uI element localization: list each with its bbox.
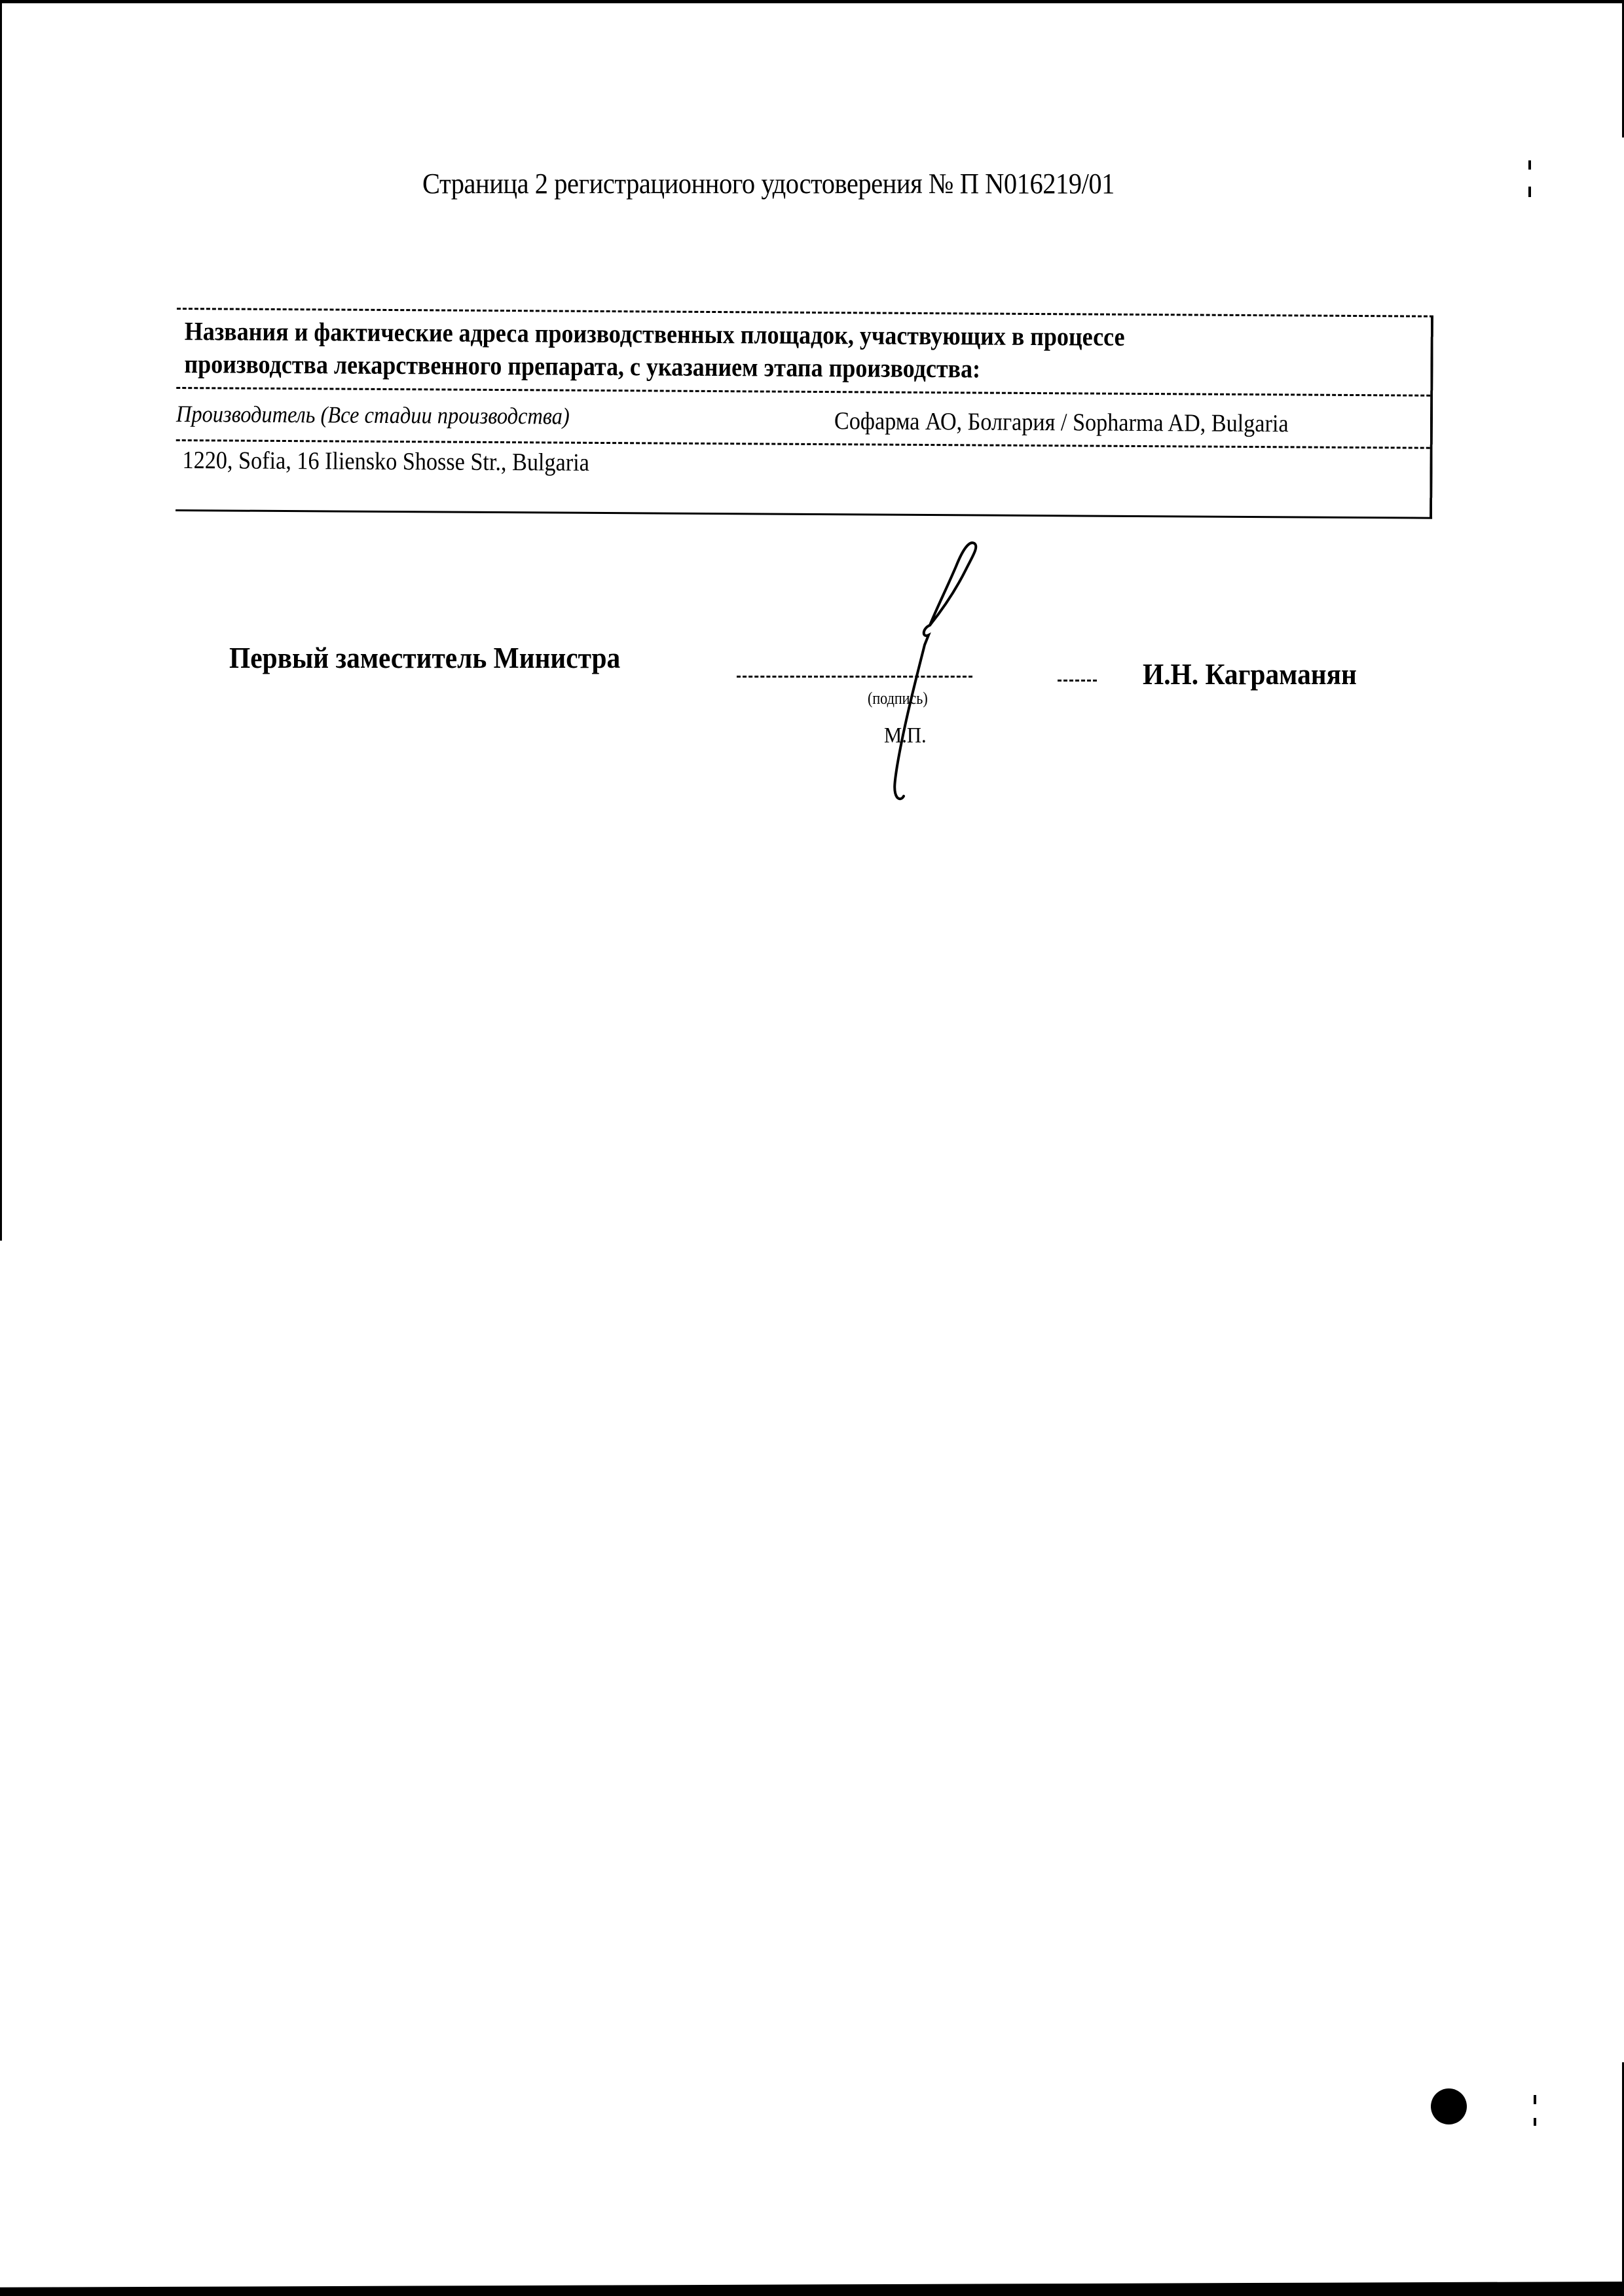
scan-border-bottom — [0, 2282, 1624, 2296]
manufacturing-sites-table: Названия и фактические адреса производст… — [175, 308, 1433, 519]
scan-border-left — [0, 0, 2, 1241]
handwritten-signature-icon — [838, 530, 995, 805]
margin-mark — [1528, 160, 1531, 170]
table-heading-line-2: производства лекарственного препарата, с… — [184, 348, 1292, 387]
row-divider — [176, 387, 1430, 397]
signature-line-end — [1058, 680, 1097, 682]
scan-dot-mark — [1431, 2088, 1467, 2124]
margin-mark — [1528, 187, 1531, 197]
signer-name: И.Н. Каграманян — [1143, 657, 1357, 691]
scan-border-top — [0, 0, 1624, 3]
table-heading: Названия и фактические адреса производст… — [184, 315, 1293, 387]
manufacturer-company-cell: Софарма АО, Болгария / Sopharma AD, Bulg… — [834, 407, 1289, 438]
page-heading: Страница 2 регистрационного удостоверени… — [422, 167, 1157, 200]
signer-title: Первый заместитель Министра — [229, 640, 620, 675]
margin-mark — [1534, 2095, 1536, 2104]
margin-mark — [1534, 2118, 1536, 2126]
manufacturer-role-cell: Производитель (Все стадии производства) — [176, 400, 570, 430]
manufacturer-address-cell: 1220, Sofia, 16 Iliensko Shosse Str., Bu… — [182, 446, 589, 477]
